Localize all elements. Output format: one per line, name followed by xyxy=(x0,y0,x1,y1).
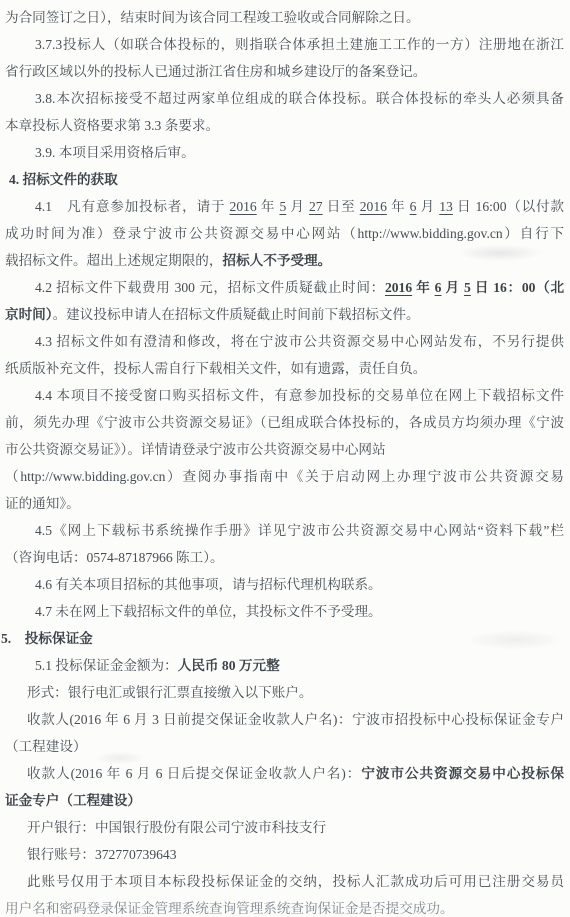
text-line: 省行政区域以外的投标人已通过浙江省住房和城乡建设厅的备案登记。 xyxy=(5,58,564,85)
text-run: （工程建设） xyxy=(5,739,87,754)
text-run: 形式：银行电汇或银行汇票直接缴入以下账户。 xyxy=(27,685,312,700)
text-run: 4.7 未在网上下载招标文件的单位，其投标文件不予受理。 xyxy=(35,604,382,619)
text-run: 为合同签订之日），结束时间为该合同工程竣工验收或合同解除之日。 xyxy=(5,10,420,25)
text-line: 此账号仅用于本项目本标段投标保证金的交纳，投标人汇款成功后可用已注册交易员 xyxy=(5,868,564,895)
text-line: 5. 投标保证金 xyxy=(5,625,564,652)
text-line: （工程建设） xyxy=(5,733,564,760)
text-line: 4.3 招标文件如有澄清和修改，将在宁波市公共资源交易中心网站发布，不另行提供 xyxy=(5,328,564,355)
text-run: （咨询电话：0574-87187966 陈工）。 xyxy=(5,550,224,565)
underlined-text-run: 27 xyxy=(309,199,323,214)
text-run: 4.5《网上下载标书系统操作手册》详见宁波市公共资源交易中心网站“资料下载”栏 xyxy=(35,523,564,538)
text-line: 京时间）。建议投标申请人在招标文件质疑截止时间前下载招标文件。 xyxy=(5,301,564,328)
text-line: 4.7 未在网上下载招标文件的单位，其投标文件不予受理。 xyxy=(5,598,564,625)
bold-text-run: 宁波市公共资源交易中心投标保 xyxy=(361,766,564,781)
text-run: 证的通知》。 xyxy=(5,496,80,511)
text-line: 载招标文件。超出上述规定期限的，招标人不予受理。 xyxy=(5,247,564,274)
document-body: 为合同签订之日），结束时间为该合同工程竣工验收或合同解除之日。3.7.3投标人（… xyxy=(5,4,564,917)
text-line: 本章投标人资格要求第 3.3 条要求。 xyxy=(5,112,564,139)
text-line: 证金专户（工程建设） xyxy=(5,787,564,814)
text-line: 市公共资源交易证》）。详情请登录宁波市公共资源交易中心网站 xyxy=(5,436,564,463)
text-line: 4. 招标文件的获取 xyxy=(5,166,564,193)
text-run: 5.1 投标保证金金额为： xyxy=(35,658,178,673)
text-run: 月 xyxy=(416,199,439,214)
bold-text-run: 5. 投标保证金 xyxy=(1,631,93,646)
text-run: 3.7.3投标人（如联合体投标的，则指联合体承担土建施工工作的一方）注册地在浙江 xyxy=(35,37,564,52)
text-line: 开户银行：中国银行股份有限公司宁波市科技支行 xyxy=(5,814,564,841)
text-line: 4.2 招标文件下载费用 300 元，招标文件质疑截止时间：2016 年 6 月… xyxy=(5,274,564,301)
tender-document-page: 为合同签订之日），结束时间为该合同工程竣工验收或合同解除之日。3.7.3投标人（… xyxy=(0,0,570,917)
bold-text-run: 日 16：00（北 xyxy=(471,280,564,295)
text-run: 4.2 招标文件下载费用 300 元，招标文件质疑截止时间： xyxy=(35,280,385,295)
text-run: 此账号仅用于本项目本标段投标保证金的交纳，投标人汇款成功后可用已注册交易员 xyxy=(27,874,564,889)
underlined-text-run: 2016 xyxy=(230,199,257,214)
text-line: 4.6 有关本项目招标的其他事项，请与招标代理机构联系。 xyxy=(5,571,564,598)
text-run: 年 xyxy=(257,199,280,214)
text-line: 收款人(2016 年 6 月 6 日后提交保证金收款人户名)：宁波市公共资源交易… xyxy=(5,760,564,787)
text-line: 前，须先办理《宁波市公共资源交易证》（已组成联合体投标的，各成员方均须办理《宁波 xyxy=(5,409,564,436)
text-run: 成功时间为准）登录宁波市公共资源交易中心网站（http://www.biddin… xyxy=(5,226,564,241)
text-line: 纸质版补充文件，投标人需自行下载相关文件，如有遗露，责任自负。 xyxy=(5,355,564,382)
text-line: 收款人(2016 年 6 月 3 日前提交保证金收款人户名)：宁波市招投标中心投… xyxy=(5,706,564,733)
bold-text-run: 人民币 80 万元整 xyxy=(178,658,280,673)
text-line: 为合同签订之日），结束时间为该合同工程竣工验收或合同解除之日。 xyxy=(5,4,564,31)
text-line: 证的通知》。 xyxy=(5,490,564,517)
text-run: 4.3 招标文件如有澄清和修改，将在宁波市公共资源交易中心网站发布，不另行提供 xyxy=(35,334,564,349)
bold-text-run: 年 xyxy=(412,280,435,295)
text-line: 3.9. 本项目采用资格后审。 xyxy=(5,139,564,166)
underlined-text-run: 2016 xyxy=(360,199,387,214)
bold-text-run: 京时间） xyxy=(5,307,53,322)
text-line: 4.1 凡有意参加投标者，请于 2016 年 5 月 27 日至 2016 年 … xyxy=(5,193,564,220)
bold-underlined-text-run: 2016 xyxy=(385,280,412,295)
text-run: 纸质版补充文件，投标人需自行下载相关文件，如有遗露，责任自负。 xyxy=(5,361,426,376)
text-line: 5.1 投标保证金金额为：人民币 80 万元整 xyxy=(5,652,564,679)
text-line: （咨询电话：0574-87187966 陈工）。 xyxy=(5,544,564,571)
text-line: 成功时间为准）登录宁波市公共资源交易中心网站（http://www.biddin… xyxy=(5,220,564,247)
text-run: 。建议投标申请人在招标文件质疑截止时间前下载招标文件。 xyxy=(53,307,420,322)
text-run: 本章投标人资格要求第 3.3 条要求。 xyxy=(5,118,219,133)
bold-text-run: 月 xyxy=(441,280,464,295)
text-run: 开户银行：中国银行股份有限公司宁波市科技支行 xyxy=(27,820,326,835)
text-run: 市公共资源交易证》）。详情请登录宁波市公共资源交易中心网站 xyxy=(5,442,386,457)
text-line: 用户名和密码登录保证金管理系统查询管理系统查询保证金是否提交成功。 xyxy=(5,895,564,917)
text-run: 4.4 本项目不接受窗口购买招标文件，有意参加投标的交易单位在网上下载招标文件 xyxy=(35,388,564,403)
text-run: 收款人(2016 年 6 月 6 日后提交保证金收款人户名)： xyxy=(27,766,361,781)
text-line: 形式：银行电汇或银行汇票直接缴入以下账户。 xyxy=(5,679,564,706)
bold-underlined-text-run: 5 xyxy=(464,280,471,295)
text-run: 前，须先办理《宁波市公共资源交易证》（已组成联合体投标的，各成员方均须办理《宁波 xyxy=(5,415,564,430)
text-run: 3.9. 本项目采用资格后审。 xyxy=(35,145,195,160)
text-run: 省行政区域以外的投标人已通过浙江省住房和城乡建设厅的备案登记。 xyxy=(5,64,426,79)
text-run: 银行账号：372770739643 xyxy=(27,847,177,862)
text-run: 用户名和密码登录保证金管理系统查询管理系统查询保证金是否提交成功。 xyxy=(5,901,454,916)
text-line: 4.5《网上下载标书系统操作手册》详见宁波市公共资源交易中心网站“资料下载”栏 xyxy=(5,517,564,544)
text-line: 3.8.本次招标接受不超过两家单位组成的联合体投标。联合体投标的牵头人必须具备 xyxy=(5,85,564,112)
text-run: 4.1 凡有意参加投标者，请于 xyxy=(35,199,230,214)
text-run: 3.8.本次招标接受不超过两家单位组成的联合体投标。联合体投标的牵头人必须具备 xyxy=(35,91,564,106)
text-line: （http://www.bidding.gov.cn）查阅办事指南中《关于启动网… xyxy=(5,463,564,490)
text-run: 月 xyxy=(286,199,309,214)
underlined-text-run: 13 xyxy=(439,199,453,214)
text-run: 4.6 有关本项目招标的其他事项，请与招标代理机构联系。 xyxy=(35,577,382,592)
text-run: （http://www.bidding.gov.cn）查阅办事指南中《关于启动网… xyxy=(5,469,564,484)
bold-text-run: 证金专户（工程建设） xyxy=(5,793,141,808)
text-line: 3.7.3投标人（如联合体投标的，则指联合体承担土建施工工作的一方）注册地在浙江 xyxy=(5,31,564,58)
text-line: 银行账号：372770739643 xyxy=(5,841,564,868)
text-run: 收款人(2016 年 6 月 3 日前提交保证金收款人户名)：宁波市招投标中心投… xyxy=(27,712,564,727)
bold-text-run: 4. 招标文件的获取 xyxy=(9,172,118,187)
text-run: 日 16:00（以付款 xyxy=(453,199,564,214)
bold-text-run: 招标人不予受理。 xyxy=(223,253,332,268)
text-run: 日至 xyxy=(323,199,360,214)
text-run: 年 xyxy=(387,199,410,214)
text-line: 4.4 本项目不接受窗口购买招标文件，有意参加投标的交易单位在网上下载招标文件 xyxy=(5,382,564,409)
text-run: 载招标文件。超出上述规定期限的， xyxy=(5,253,223,268)
